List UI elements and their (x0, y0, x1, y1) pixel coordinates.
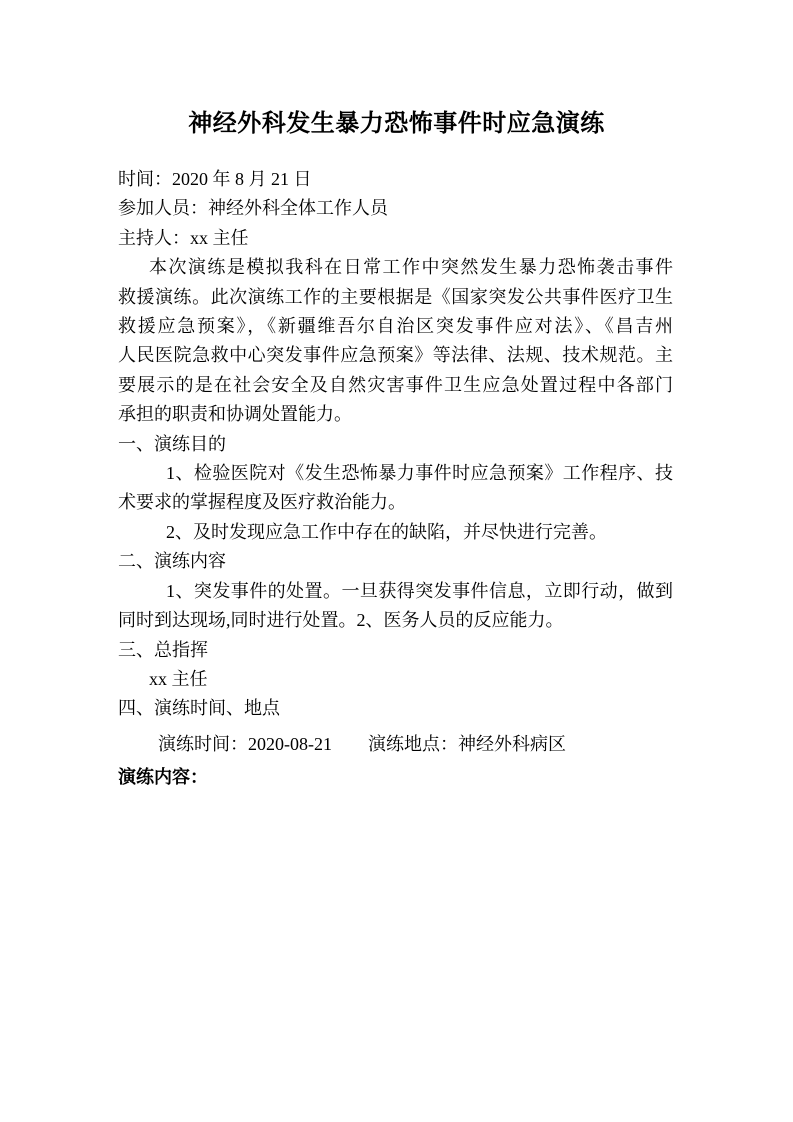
text-line: 救援演练。此次演练工作的主要根据是《国家突发公共事件医疗卫生 (118, 283, 673, 312)
text-line: 术要求的掌握程度及医疗救治能力。 (118, 488, 673, 517)
text-line: 三、总指挥 (118, 636, 673, 665)
text-line: 承担的职责和协调处置能力。 (118, 400, 673, 429)
text-line: 2、及时发现应急工作中存在的缺陷，并尽快进行完善。 (118, 518, 673, 547)
text-line: 一、演练目的 (118, 430, 673, 459)
text-line: 时间：2020 年 8 月 21 日 (118, 165, 673, 194)
text-line: 救援应急预案》，《新疆维吾尔自治区突发事件应对法》、《昌吉州 (118, 312, 673, 341)
text-line: 演练内容： (118, 763, 673, 792)
document-page: 神经外科发生暴力恐怖事件时应急演练 时间：2020 年 8 月 21 日参加人员… (0, 0, 793, 1122)
text-line: 四、演练时间、地点 (118, 694, 673, 723)
text-line: 1、突发事件的处置。一旦获得突发事件信息，立即行动，做到 (118, 577, 673, 606)
text-line: 同时到达现场,同时进行处置。2、医务人员的反应能力。 (118, 606, 673, 635)
text-line: 演练时间：2020-08-21 演练地点：神经外科病区 (118, 730, 673, 759)
text-line: 二、演练内容 (118, 547, 673, 576)
text-line: xx 主任 (118, 665, 673, 694)
text-line: 人民医院急救中心突发事件应急预案》等法律、法规、技术规范。主 (118, 341, 673, 370)
text-line: 本次演练是模拟我科在日常工作中突然发生暴力恐怖袭击事件 (118, 253, 673, 282)
text-line: 参加人员：神经外科全体工作人员 (118, 194, 673, 223)
text-line: 1、检验医院对《发生恐怖暴力事件时应急预案》工作程序、技 (118, 459, 673, 488)
page-title: 神经外科发生暴力恐怖事件时应急演练 (0, 108, 793, 140)
text-line: 主持人：xx 主任 (118, 224, 673, 253)
document-body: 时间：2020 年 8 月 21 日参加人员：神经外科全体工作人员主持人：xx … (118, 165, 673, 793)
text-line: 要展示的是在社会安全及自然灾害事件卫生应急处置过程中各部门 (118, 371, 673, 400)
